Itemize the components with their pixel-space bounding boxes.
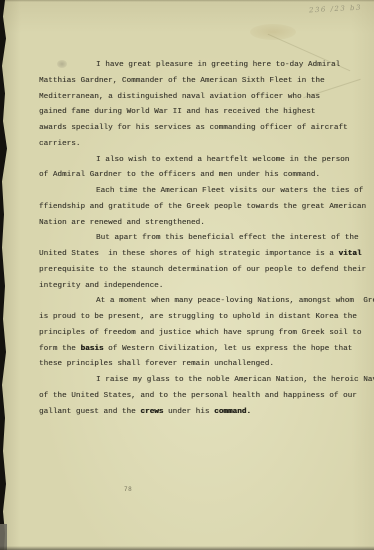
page-top-shadow [2,0,374,2]
paper-stain [250,24,296,40]
text-line: gained fame during World War II and has … [39,105,369,121]
text-line: principles of freedom and justice which … [39,326,369,342]
text-line: ffiendship and gratitude of the Greek pe… [39,200,369,216]
text-line: Mediterranean, a distinguished naval avi… [39,90,369,106]
scan-edge-bottom [0,546,374,550]
text-line: Matthias Gardner, Commander of the Ameri… [39,74,369,90]
page-number: 78 [124,486,132,493]
scanned-page: 236 /23 b3 I have great pleasure in gree… [2,0,374,550]
text-line: integrity and independence. [39,279,369,295]
document-lines: I have great pleasure in greeting here t… [39,58,369,420]
text-line: United States in these shores of high st… [39,247,369,263]
text-line: Each time the American Fleet visits our … [39,184,369,200]
text-line: carriers. [39,137,369,153]
text-line: prerequisite to the staunch determinatio… [39,263,369,279]
pencil-archive-annotation: 236 /23 b3 [309,4,362,15]
text-line: these principles shall forever remain un… [39,357,369,373]
text-line: of the United States, and to the persona… [39,389,369,405]
text-line: I have great pleasure in greeting here t… [39,58,369,74]
text-line: At a moment when many peace-loving Natio… [39,294,369,310]
text-line: of Admiral Gardner to the officers and m… [39,168,369,184]
text-line: I also wish to extend a heartfelt welcom… [39,153,369,169]
text-line: awards specially for his services as com… [39,121,369,137]
text-line: Nation are renewed and strengthened. [39,216,369,232]
text-line: But apart from this beneficial effect th… [39,231,369,247]
text-line: I raise my glass to the noble American N… [39,373,369,389]
text-line: is proud to be present, are struggling t… [39,310,369,326]
text-line: form the basis of Western Civilization, … [39,342,369,358]
text-line: gallant guest and the crews under his co… [39,405,369,421]
